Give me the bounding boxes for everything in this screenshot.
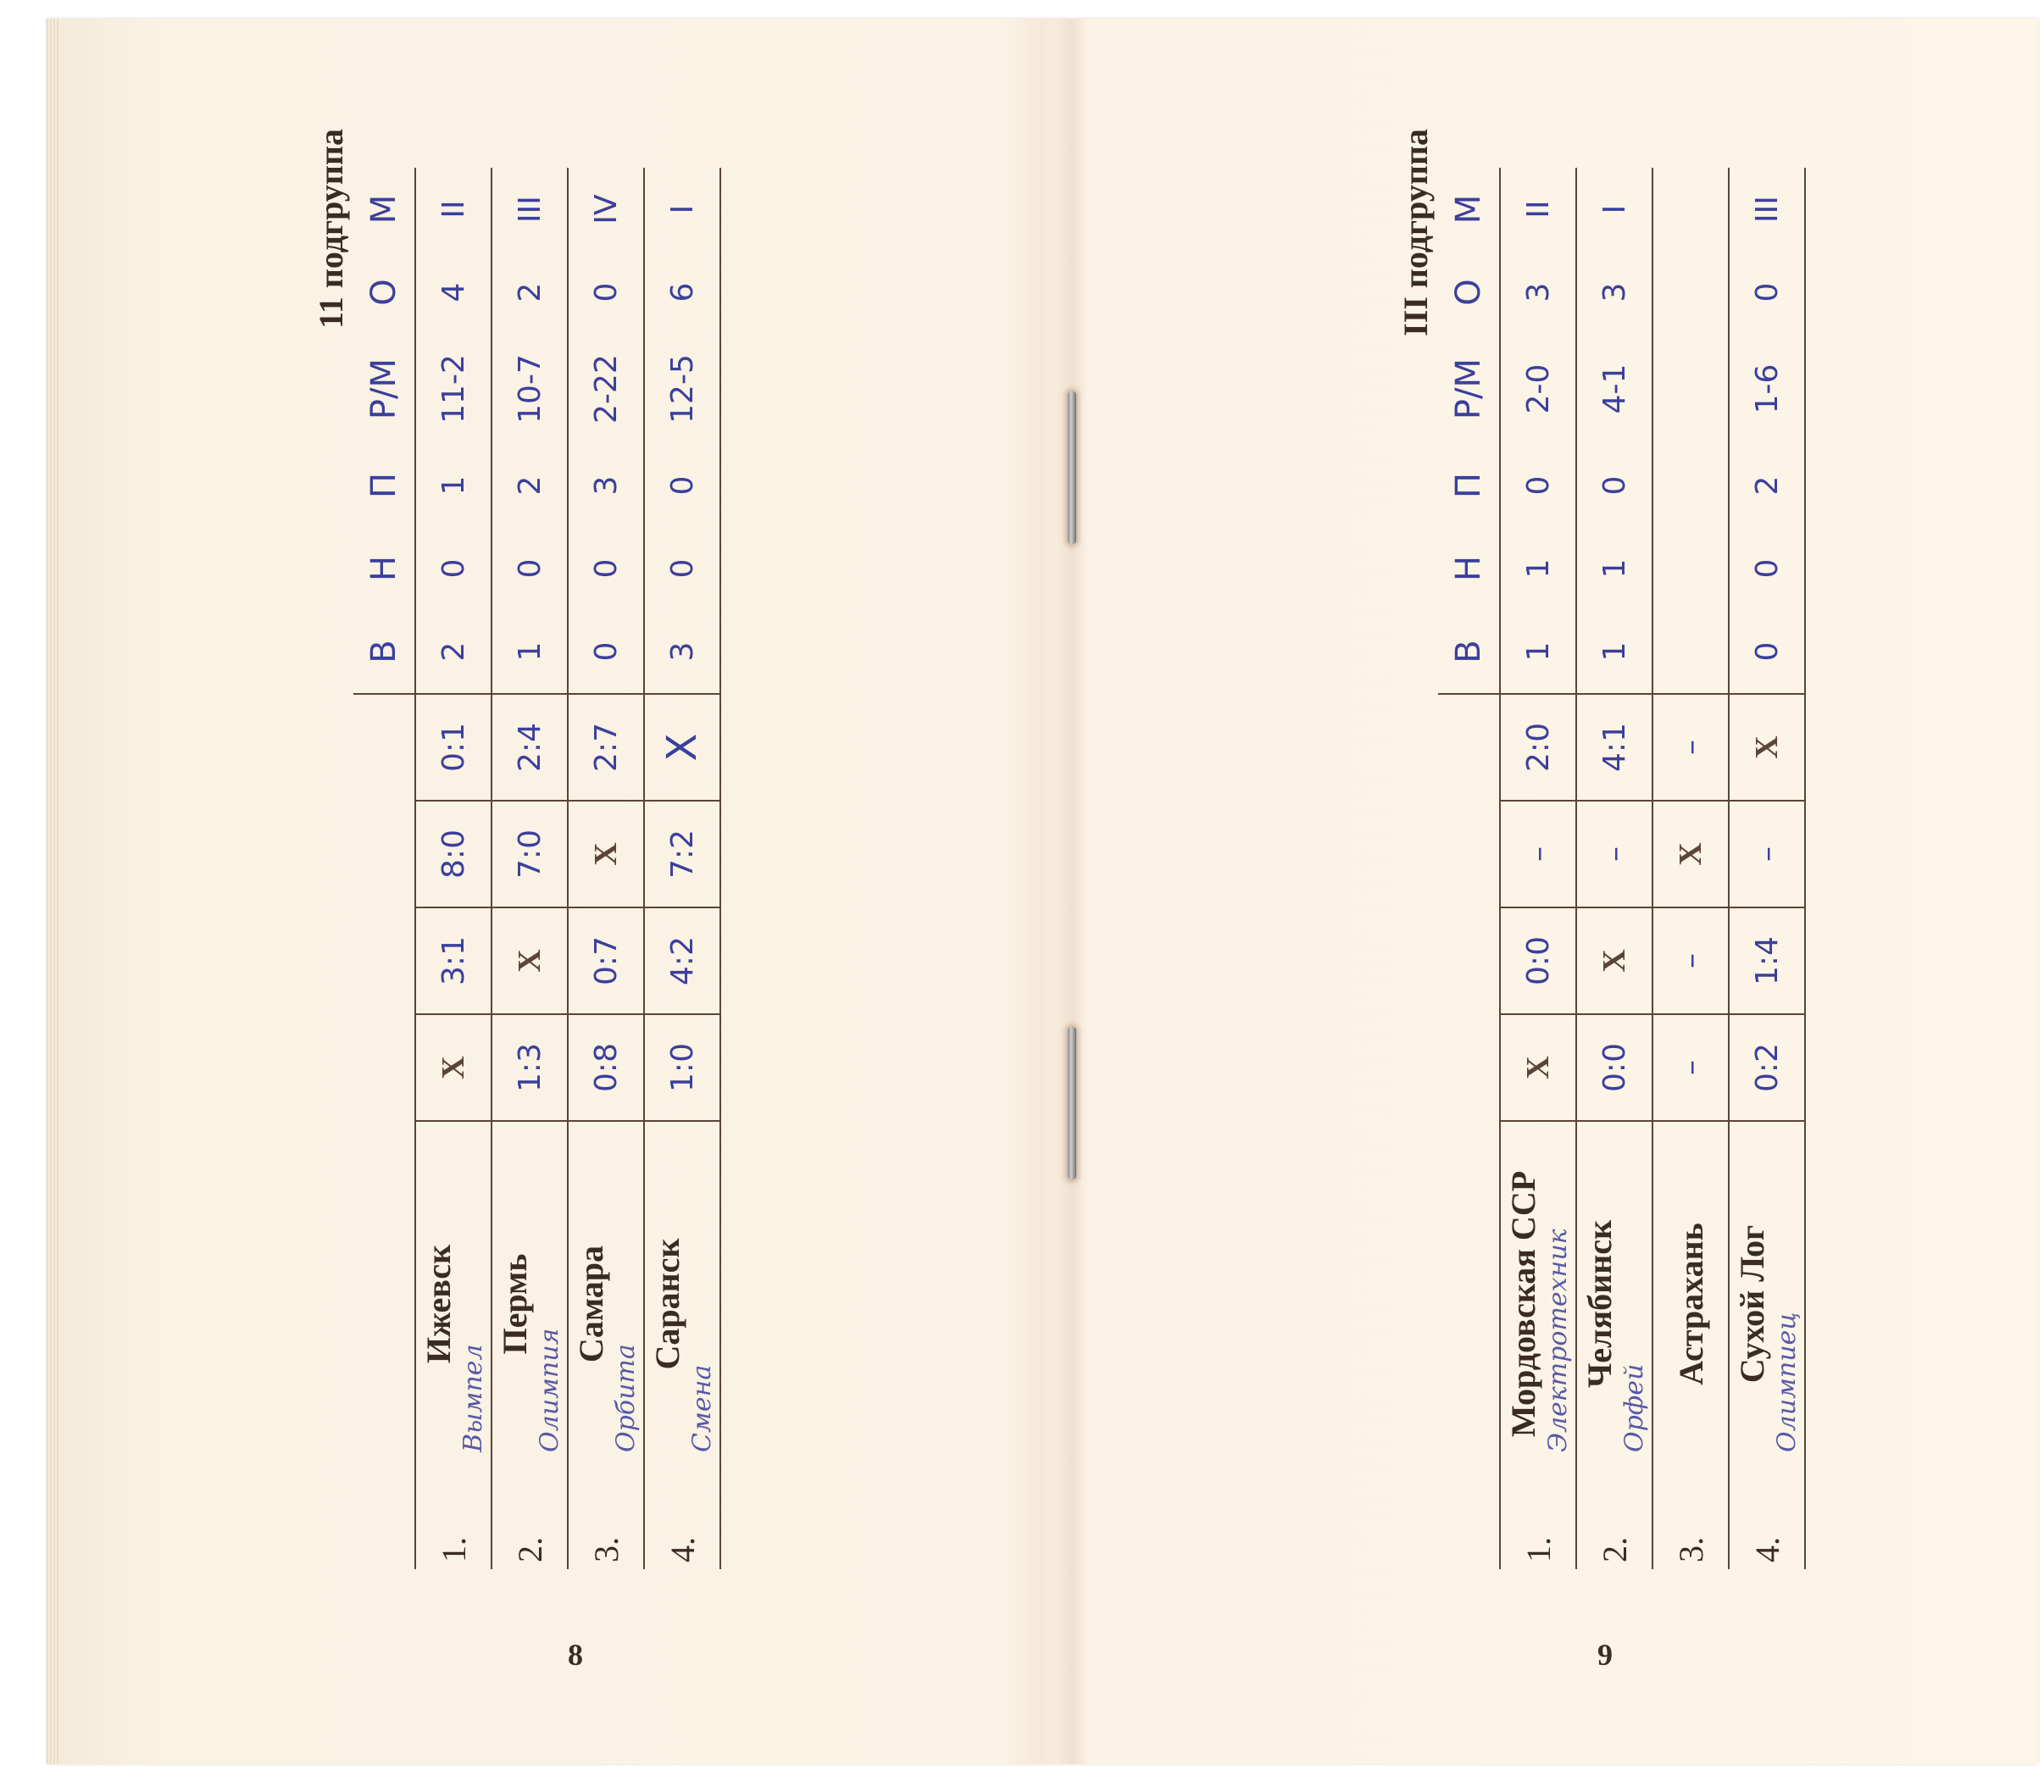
col-header-draws: Н [353, 527, 415, 610]
team-club-handwritten: Орбита [611, 1122, 641, 1486]
team-city: Астрахань [1671, 1122, 1711, 1486]
result-cell: 7:2 [644, 801, 720, 907]
team-club-handwritten: Вымпел [458, 1122, 488, 1486]
page-left: 11 подгруппа В Н П Р/М О М [47, 19, 1055, 1764]
result-cell: 0:2 [1729, 1014, 1805, 1121]
draws: 0 [568, 527, 644, 610]
subgroup-table-block: III подгруппа В Н П Р/М О М [1394, 112, 1806, 1569]
draws: 0 [644, 527, 720, 610]
losses: 1 [415, 444, 492, 527]
goals [1652, 334, 1729, 444]
points: 3 [1500, 251, 1576, 334]
wins: 0 [568, 610, 644, 694]
result-cell: 2:7 [568, 694, 644, 801]
result-cell: X [1576, 907, 1652, 1014]
result-cell: X [1500, 1014, 1576, 1121]
team-club-handwritten: Олимпиец [1772, 1122, 1802, 1486]
result-cell: 2:4 [492, 694, 568, 801]
team-city: Саранск [647, 1122, 687, 1486]
table-row: 2. ПермьОлимпия 1:3 X 7:0 2:4 1 0 2 10-7… [492, 168, 568, 1569]
team-cell: Сухой ЛогОлимпиец [1729, 1121, 1805, 1486]
result-cell: 2:0 [1500, 694, 1576, 801]
result-cell: – [1652, 1014, 1729, 1121]
team-cell: СаранскСмена [644, 1121, 720, 1486]
table-row: 1. ИжевскВымпел X 3:1 8:0 0:1 2 0 1 11-2… [415, 168, 492, 1569]
points [1652, 251, 1729, 334]
goals: 11-2 [415, 334, 492, 444]
team-city: Ижевск [419, 1122, 458, 1486]
place: I [1576, 168, 1652, 251]
points: 3 [1576, 251, 1652, 334]
result-cell: – [1652, 694, 1729, 801]
result-cell: 1:4 [1729, 907, 1805, 1014]
draws: 1 [1500, 527, 1576, 610]
staple-icon [1068, 1027, 1076, 1179]
result-cell: – [1500, 801, 1576, 907]
wins: 3 [644, 610, 720, 694]
subgroup-table-block: 11 подгруппа В Н П Р/М О М [309, 112, 721, 1569]
goals: 2-0 [1500, 334, 1576, 444]
team-city: Челябинск [1580, 1122, 1619, 1486]
row-number: 3. [1652, 1486, 1729, 1569]
subgroup-title: III подгруппа [1394, 112, 1438, 1569]
points: 0 [1729, 251, 1805, 334]
result-cell: X [492, 907, 568, 1014]
losses: 0 [1576, 444, 1652, 527]
goals: 4-1 [1576, 334, 1652, 444]
row-number: 1. [1500, 1486, 1576, 1569]
points: 2 [492, 251, 568, 334]
scanned-booklet: 11 подгруппа В Н П Р/М О М [0, 0, 2044, 1792]
losses: 2 [1729, 444, 1805, 527]
row-number: 4. [1729, 1486, 1805, 1569]
team-club-handwritten: Смена [687, 1122, 717, 1486]
team-cell: ИжевскВымпел [415, 1121, 492, 1486]
result-cell: 1:0 [644, 1014, 720, 1121]
staple-icon [1068, 391, 1076, 544]
wins: 1 [1500, 610, 1576, 694]
points: 4 [415, 251, 492, 334]
result-cell: 7:0 [492, 801, 568, 907]
place: II [1500, 168, 1576, 251]
team-city: Мордовская ССР [1503, 1122, 1543, 1486]
result-cell: 0:1 [415, 694, 492, 801]
result-cell: 8:0 [415, 801, 492, 907]
team-city: Самара [571, 1122, 611, 1486]
wins [1652, 610, 1729, 694]
losses: 3 [568, 444, 644, 527]
row-number: 2. [492, 1486, 568, 1569]
col-header-points: О [353, 251, 415, 334]
wins: 1 [492, 610, 568, 694]
goals: 2-22 [568, 334, 644, 444]
draws: 0 [492, 527, 568, 610]
standings-table: В Н П Р/М О М 1. Мордовская ССРЭлектроте… [1438, 168, 1806, 1569]
col-header-losses: П [353, 444, 415, 527]
wins: 0 [1729, 610, 1805, 694]
result-cell: – [1652, 907, 1729, 1014]
place [1652, 168, 1729, 251]
spine-fold [1055, 19, 1089, 1764]
result-cell: 4:2 [644, 907, 720, 1014]
place: I [644, 168, 720, 251]
col-header-wins: В [353, 610, 415, 694]
col-header-draws: Н [1438, 527, 1500, 610]
col-header-goals: Р/М [353, 334, 415, 444]
subgroup-title: 11 подгруппа [309, 112, 353, 1569]
team-cell: Астрахань [1652, 1121, 1729, 1486]
team-club-handwritten: Олимпия [535, 1122, 564, 1486]
page-right: III подгруппа В Н П Р/М О М [1089, 19, 2038, 1764]
points: 0 [568, 251, 644, 334]
losses: 0 [1500, 444, 1576, 527]
col-header-wins: В [1438, 610, 1500, 694]
standings-table: В Н П Р/М О М 1. ИжевскВымпел X 3:1 [353, 168, 721, 1569]
points: 6 [644, 251, 720, 334]
page-number: 9 [1597, 1637, 1613, 1673]
team-club-handwritten: Электротехник [1543, 1122, 1573, 1486]
losses: 2 [492, 444, 568, 527]
result-cell: – [1576, 801, 1652, 907]
row-number: 4. [644, 1486, 720, 1569]
place: IV [568, 168, 644, 251]
table-row: 3. СамараОрбита 0:8 0:7 X 2:7 0 0 3 2-22… [568, 168, 644, 1569]
goals: 1-6 [1729, 334, 1805, 444]
result-cell: X [415, 1014, 492, 1121]
result-cell: X [644, 694, 720, 801]
col-header-points: О [1438, 251, 1500, 334]
place: III [492, 168, 568, 251]
result-cell: 0:0 [1576, 1014, 1652, 1121]
table-row: 4. Сухой ЛогОлимпиец 0:2 1:4 – X 0 0 2 1… [1729, 168, 1805, 1569]
draws: 1 [1576, 527, 1652, 610]
draws: 0 [415, 527, 492, 610]
losses [1652, 444, 1729, 527]
losses: 0 [644, 444, 720, 527]
place: II [415, 168, 492, 251]
goals: 10-7 [492, 334, 568, 444]
result-cell: 4:1 [1576, 694, 1652, 801]
wins: 2 [415, 610, 492, 694]
result-cell: 0:0 [1500, 907, 1576, 1014]
result-cell: X [1652, 801, 1729, 907]
team-city: Сухой Лог [1732, 1122, 1772, 1486]
goals: 12-5 [644, 334, 720, 444]
result-cell: 1:3 [492, 1014, 568, 1121]
row-number: 1. [415, 1486, 492, 1569]
result-cell: 0:8 [568, 1014, 644, 1121]
row-number: 3. [568, 1486, 644, 1569]
table-row: 4. СаранскСмена 1:0 4:2 7:2 X 3 0 0 12-5… [644, 168, 720, 1569]
team-cell: СамараОрбита [568, 1121, 644, 1486]
wins: 1 [1576, 610, 1652, 694]
draws [1652, 527, 1729, 610]
team-cell: Мордовская ССРЭлектротехник [1500, 1121, 1576, 1486]
table-header-row: В Н П Р/М О М [1438, 168, 1500, 1569]
result-cell: 3:1 [415, 907, 492, 1014]
col-header-goals: Р/М [1438, 334, 1500, 444]
team-cell: ПермьОлимпия [492, 1121, 568, 1486]
table-row: 3. Астрахань – – X – [1652, 168, 1729, 1569]
col-header-losses: П [1438, 444, 1500, 527]
row-number: 2. [1576, 1486, 1652, 1569]
result-cell: X [568, 801, 644, 907]
team-cell: ЧелябинскОрфей [1576, 1121, 1652, 1486]
table-row: 2. ЧелябинскОрфей 0:0 X – 4:1 1 1 0 4-1 … [1576, 168, 1652, 1569]
team-club-handwritten: Орфей [1619, 1122, 1649, 1486]
place: III [1729, 168, 1805, 251]
result-cell: – [1729, 801, 1805, 907]
booklet-spread: 11 подгруппа В Н П Р/М О М [47, 19, 2038, 1764]
result-cell: 0:7 [568, 907, 644, 1014]
team-city: Пермь [495, 1122, 535, 1486]
col-header-place: М [353, 168, 415, 251]
page-number: 8 [568, 1637, 583, 1673]
draws: 0 [1729, 527, 1805, 610]
table-row: 1. Мордовская ССРЭлектротехник X 0:0 – 2… [1500, 168, 1576, 1569]
col-header-place: М [1438, 168, 1500, 251]
table-header-row: В Н П Р/М О М [353, 168, 415, 1569]
result-cell: X [1729, 694, 1805, 801]
